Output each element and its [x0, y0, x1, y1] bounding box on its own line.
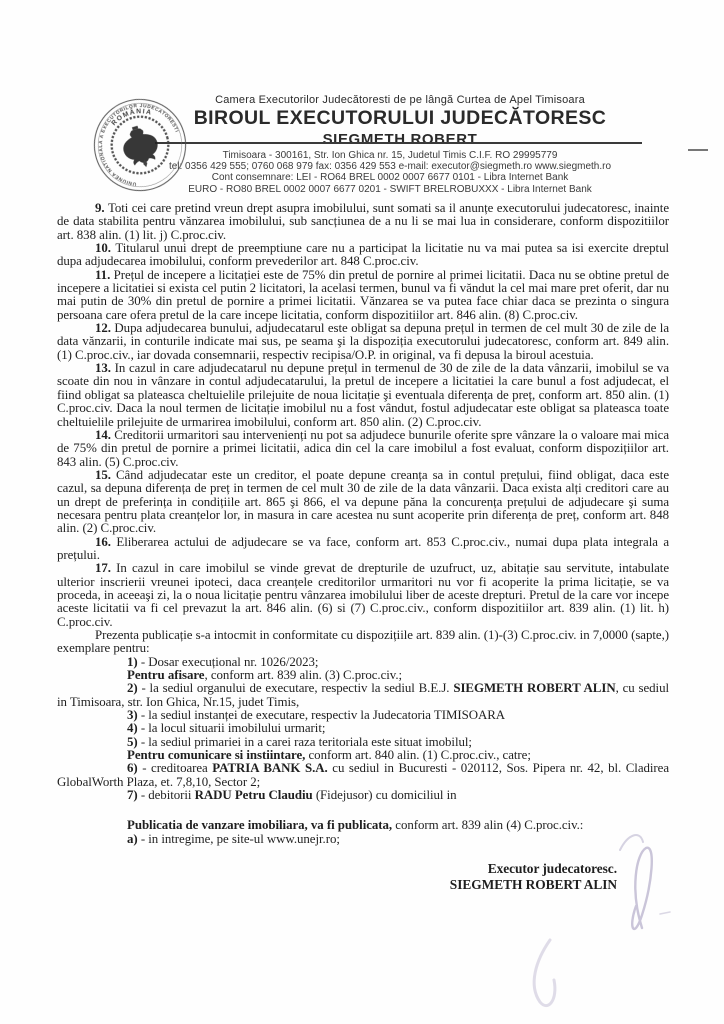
list-item-sediu-organ: 2) - la sediul organului de executare, r… — [57, 682, 669, 709]
paragraph-11: 11. Prețul de incepere a licitației este… — [57, 269, 669, 322]
coat-of-arms-eagle-icon — [118, 122, 163, 172]
list-item-primarie: 5) - la sediul primariei in a carei raza… — [57, 736, 669, 749]
paragraph-14: 14. Creditorii urmaritori sau intervenie… — [57, 429, 669, 469]
paragraph-9: 9. Toti cei care pretind vreun drept asu… — [57, 202, 669, 242]
scanned-document-page: Camera Executorilor Judecătoresti de pe … — [0, 0, 724, 1024]
signature-block: Executor judecatoresc. SIEGMETH ROBERT A… — [57, 861, 669, 893]
list-item-dosar: 1) - Dosar execuțional nr. 1026/2023; — [57, 656, 669, 669]
list-heading-afisare: Pentru afisare, conform art. 839 alin. (… — [57, 669, 669, 682]
paragraph-17: 17. In cazul in care imobilul se vinde g… — [57, 562, 669, 629]
publication-line: Publicatia de vanzare imobiliara, va fi … — [57, 819, 669, 832]
publication-site-line: a) - in intregime, pe site-ul www.unejr.… — [57, 833, 669, 846]
paragraph-16: 16. Eliberarea actului de adjudecare se … — [57, 536, 669, 563]
paragraph-12: 12. Dupa adjudecarea bunului, adjudecata… — [57, 322, 669, 362]
signature-name: SIEGMETH ROBERT ALIN — [57, 877, 617, 893]
list-item-creditoare: 6) - creditoarea PATRIA BANK S.A. cu sed… — [57, 762, 669, 789]
list-item-loc-imobil: 4) - la locul situarii imobilului urmari… — [57, 722, 669, 735]
paragraph-10: 10. Titularul unui drept de preemptiune … — [57, 242, 669, 269]
closing-paragraph: Prezenta publicație s-a intocmit in conf… — [57, 629, 669, 656]
letterhead: Camera Executorilor Judecătoresti de pe … — [110, 94, 690, 148]
paragraph-13: 13. In cazul in care adjudecatarul nu de… — [57, 362, 669, 429]
office-holder-name: SIEGMETH ROBERT — [110, 131, 690, 148]
list-heading-comunicare: Pentru comunicare si instiintare, confor… — [57, 749, 669, 762]
header-divider — [155, 142, 642, 144]
header-divider-dash — [688, 149, 708, 151]
office-title: BIROUL EXECUTORULUI JUDECĂTORESC — [110, 107, 690, 130]
list-item-instanta: 3) - la sediul instanței de executare, r… — [57, 709, 669, 722]
paragraph-15: 15. Când adjudecatar este un creditor, e… — [57, 469, 669, 536]
list-item-debitori: 7) - debitorii RADU Petru Claudiu (Fidej… — [57, 789, 669, 802]
chamber-line: Camera Executorilor Judecătoresti de pe … — [110, 94, 690, 106]
document-body: 9. Toti cei care pretind vreun drept asu… — [57, 202, 669, 893]
account-line-euro: EURO - RO80 BREL 0002 0007 6677 0201 - S… — [90, 184, 690, 195]
signature-role: Executor judecatoresc. — [57, 861, 617, 877]
